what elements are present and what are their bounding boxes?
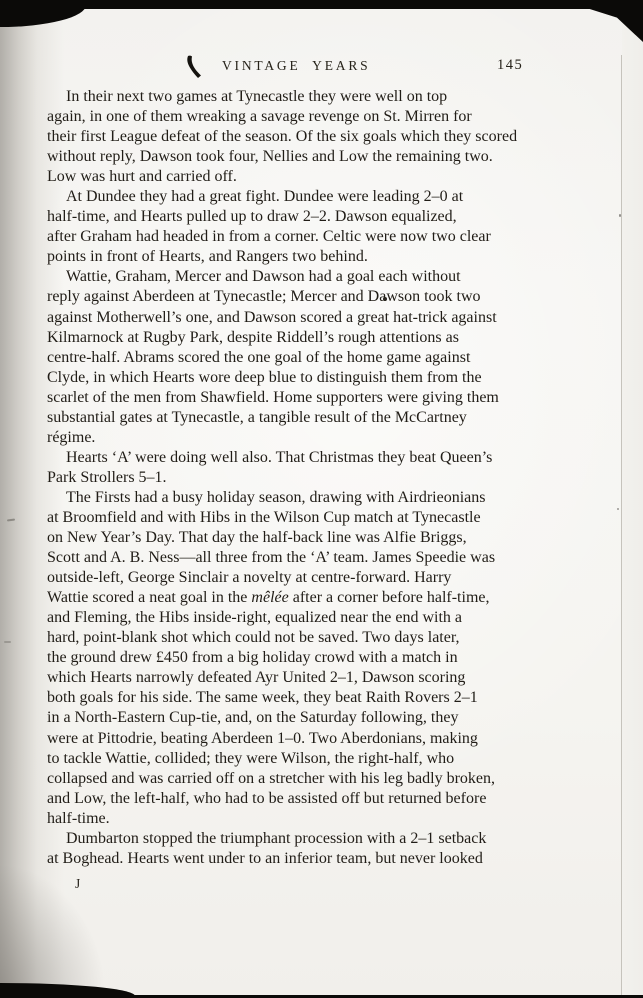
paragraph: At Dundee they had a great fight. Dundee…: [47, 187, 563, 267]
text-line: In their next two games at Tynecastle th…: [47, 87, 563, 107]
text-line: Low was hurt and carried off.: [47, 167, 563, 187]
text-line: Dumbarton stopped the triumphant process…: [47, 829, 563, 849]
paragraph: In their next two games at Tynecastle th…: [47, 87, 563, 187]
text-line: points in front of Hearts, and Rangers t…: [47, 247, 563, 267]
text-line: at Boghead. Hearts went under to an infe…: [47, 849, 563, 869]
text-line: Scott and A. B. Ness—all three from the …: [47, 548, 563, 568]
ink-speck: [617, 508, 619, 510]
text-line: At Dundee they had a great fight. Dundee…: [47, 187, 563, 207]
text-line: in a North-Eastern Cup-tie, and, on the …: [47, 708, 563, 728]
text-line: Hearts ‘A’ were doing well also. That Ch…: [47, 448, 563, 468]
text-line: on New Year’s Day. That day the half-bac…: [47, 528, 563, 548]
paragraph: The Firsts had a busy holiday season, dr…: [47, 488, 563, 829]
text-line: Clyde, in which Hearts wore deep blue to…: [47, 368, 563, 388]
printer-signature-mark: J: [75, 876, 81, 892]
paragraph: Dumbarton stopped the triumphant process…: [47, 829, 563, 869]
text-line: to tackle Wattie, collided; they were Wi…: [47, 749, 563, 769]
paragraph: Hearts ‘A’ were doing well also. That Ch…: [47, 448, 563, 488]
text-line: again, in one of them wreaking a savage …: [47, 107, 563, 127]
text-line: which Hearts narrowly defeated Ayr Unite…: [47, 668, 563, 688]
text-line: centre-half. Abrams scored the one goal …: [47, 348, 563, 368]
text-line: without reply, Dawson took four, Nellies…: [47, 147, 563, 167]
text-line: The Firsts had a busy holiday season, dr…: [47, 488, 563, 508]
text-line: were at Pittodrie, beating Aberdeen 1–0.…: [47, 729, 563, 749]
text-line: substantial gates at Tynecastle, a tangi…: [47, 408, 563, 428]
page-edge-margin: [622, 0, 643, 998]
text-line: Park Strollers 5–1.: [47, 468, 563, 488]
text-line: and Low, the left-half, who had to be as…: [47, 789, 563, 809]
page-number: 145: [497, 57, 523, 74]
text-line: at Broomfield and with Hibs in the Wilso…: [47, 508, 563, 528]
text-line: half-time.: [47, 809, 563, 829]
ink-speck: [383, 297, 387, 301]
margin-pencil-mark: [4, 641, 11, 643]
page-edge-line: [621, 55, 622, 998]
text-line: half-time, and Hearts pulled up to draw …: [47, 207, 563, 227]
text-line: hard, point-blank shot which could not b…: [47, 628, 563, 648]
text-line: after Graham had headed in from a corner…: [47, 227, 563, 247]
text-line: their first League defeat of the season.…: [47, 127, 563, 147]
text-line: outside-left, George Sinclair a novelty …: [47, 568, 563, 588]
photo-edge-top: [0, 0, 643, 9]
ink-speck: [619, 214, 621, 217]
paragraph: Wattie, Graham, Mercer and Dawson had a …: [47, 267, 563, 447]
text-line: and Fleming, the Hibs inside-right, equa…: [47, 608, 563, 628]
text-line: Wattie, Graham, Mercer and Dawson had a …: [47, 267, 563, 287]
text-line: the ground drew £450 from a big holiday …: [47, 648, 563, 668]
body-text: In their next two games at Tynecastle th…: [47, 87, 563, 869]
pen-stroke-icon: [183, 55, 206, 79]
text-line: collapsed and was carried off on a stret…: [47, 769, 563, 789]
text-line: Wattie scored a neat goal in the mêlée a…: [47, 588, 563, 608]
book-page-photo: VINTAGE YEARS 145 In their next two game…: [0, 0, 643, 998]
text-line: Kilmarnock at Rugby Park, despite Riddel…: [47, 328, 563, 348]
text-line: both goals for his side. The same week, …: [47, 688, 563, 708]
running-head-title: VINTAGE YEARS: [222, 58, 370, 74]
text-line: against Motherwell’s one, and Dawson sco…: [47, 308, 563, 328]
text-line: reply against Aberdeen at Tynecastle; Me…: [47, 287, 563, 307]
text-line: régime.: [47, 428, 563, 448]
text-line: scarlet of the men from Shawfield. Home …: [47, 388, 563, 408]
